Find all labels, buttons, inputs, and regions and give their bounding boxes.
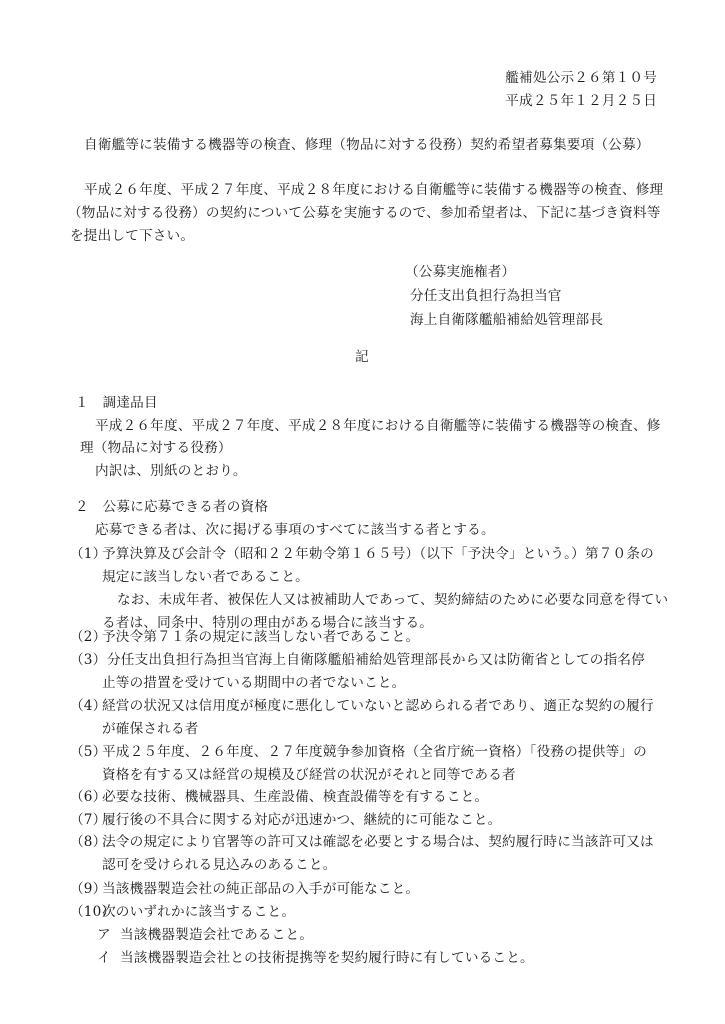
item-text: 止等の措置を受けている期間中の者でないこと。 — [102, 674, 405, 692]
item-label: （1） — [70, 545, 106, 563]
item-label: （8） — [70, 833, 106, 851]
authority-title: 分任支出負担行為担当官 — [410, 287, 562, 305]
sub-item-text: 当該機器製造会社であること。 — [120, 926, 313, 944]
sub-item-text: 当該機器製造会社との技術提携等を契約履行時に有していること。 — [120, 949, 534, 967]
item-label: （7） — [70, 811, 106, 829]
item-label: （9） — [70, 880, 106, 898]
section2-heading: ２ 公募に応募できる者の資格 — [75, 498, 268, 516]
item-note: なお、未成年者、被保佐人又は被補助人であって、契約締結のために必要な同意を得てい — [117, 591, 668, 609]
item-text: が確保される者 — [102, 720, 199, 738]
item-text: 当該機器製造会社の純正部品の入手が可能なこと。 — [102, 880, 419, 898]
item-text: 予算決算及び会計令（昭和２２年勅令第１６５号）（以下「予決令」という。）第７０条… — [102, 545, 654, 563]
document-number: 艦補処公示２６第１０号 — [505, 69, 657, 87]
section1-line: 平成２６年度、平成２７年度、平成２８年度における自衛艦等に装備する機器等の検査、… — [95, 417, 661, 435]
document-title: 自衛艦等に装備する機器等の検査、修理（物品に対する役務）契約希望者募集要項（公募… — [84, 136, 650, 154]
item-text: 平成２５年度、２６年度、２７年度競争参加資格（全省庁統一資格）「役務の提供等」の — [102, 743, 647, 761]
authority-org: 海上自衛隊艦船補給処管理部長 — [410, 311, 603, 329]
item-label: （4） — [70, 697, 106, 715]
item-text: 履行後の不具合に関する対応が迅速かつ、継続的に可能なこと。 — [102, 811, 501, 829]
item-label: （3） — [70, 651, 106, 669]
item-text: 法令の規定により官署等の許可又は確認を必要とする場合は、契約履行時に当該許可又は — [102, 833, 654, 851]
item-text: 次のいずれかに該当すること。 — [102, 903, 295, 921]
intro-line: を提出して下さい。 — [70, 227, 194, 245]
section1-line: 理（物品に対する役務） — [80, 439, 232, 457]
document-date: 平成２５年１２月２５日 — [505, 92, 657, 110]
section2-lead: 応募できる者は、次に掲げる事項のすべてに該当する者とする。 — [95, 521, 495, 539]
authority-label: （公募実施権者） — [405, 263, 515, 281]
item-label: （2） — [70, 628, 106, 646]
item-text: 分任支出負担行為担当官海上自衛隊艦船補給処管理部長から又は防衛省としての指名停 — [107, 651, 645, 669]
item-label: （5） — [70, 743, 106, 761]
section1-line: 内訳は、別紙のとおり。 — [95, 462, 247, 480]
sub-item-label: イ — [97, 949, 111, 967]
item-text: 資格を有する又は経営の規模及び経営の状況がそれと同等である者 — [102, 766, 516, 784]
item-text: 認可を受けられる見込みのあること。 — [102, 856, 337, 874]
item-text: 経営の状況又は信用度が極度に悪化していないと認められる者であり、適正な契約の履行 — [102, 697, 654, 715]
item-label: （6） — [70, 788, 106, 806]
item-text: 予決令第７１条の規定に該当しない者であること。 — [102, 628, 419, 646]
item-text: 必要な技術、機械器具、生産設備、検査設備等を有すること。 — [102, 788, 488, 806]
item-text: 規定に該当しない者であること。 — [102, 568, 309, 586]
intro-line: 平成２６年度、平成２７年度、平成２８年度における自衛艦等に装備する機器等の検査、… — [84, 181, 663, 199]
ki-heading: 記 — [355, 348, 369, 366]
document-page: 艦補処公示２６第１０号 平成２５年１２月２５日 自衛艦等に装備する機器等の検査、… — [0, 0, 725, 1024]
intro-line: （物品に対する役務）の契約について公募を実施するので、参加希望者は、下記に基づき… — [68, 204, 661, 222]
sub-item-label: ア — [97, 926, 111, 944]
section1-heading: １ 調達品目 — [75, 394, 158, 412]
